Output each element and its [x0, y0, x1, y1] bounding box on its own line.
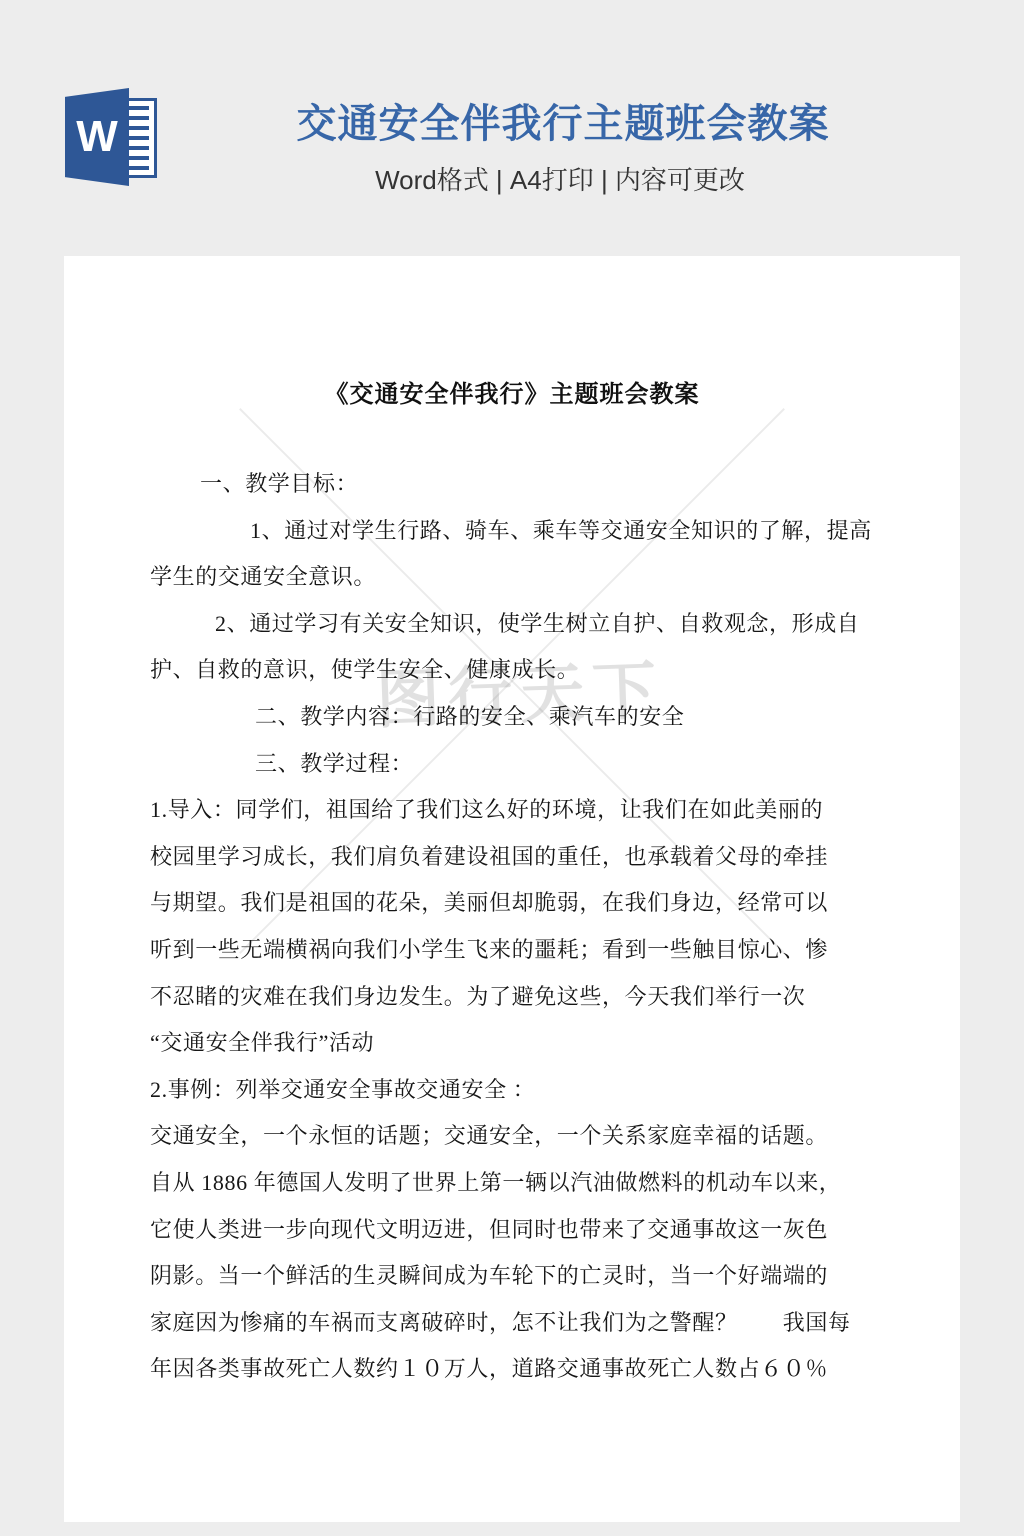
doc-line: 2、通过学习有关安全知识，使学生树立自护、自救观念，形成自	[215, 601, 920, 648]
doc-line: 2.事例：列举交通安全事故交通安全 ：	[150, 1067, 920, 1114]
doc-line: 自从 1886 年德国人发明了世界上第一辆以汽油做燃料的机动车以来，	[150, 1160, 920, 1207]
doc-line: 交通安全，一个永恒的话题；交通安全，一个关系家庭幸福的话题。	[150, 1113, 920, 1160]
doc-line: 阴影。当一个鲜活的生灵瞬间成为车轮下的亡灵时，当一个好端端的	[150, 1253, 920, 1300]
doc-line: 二、教学内容：行路的安全、乘汽车的安全	[255, 694, 920, 741]
doc-line: 家庭因为惨痛的车祸而支离破碎时，怎不让我们为之警醒？ 我国每	[150, 1300, 920, 1347]
document-page: 图行天下 《交通安全伴我行》主题班会教案 一、教学目标： 1、通过对学生行路、骑…	[64, 256, 960, 1522]
site-header: W 交通安全伴我行主题班会教案 Word格式 | A4打印 | 内容可更改	[0, 0, 1024, 256]
doc-line: 1.导入：同学们，祖国给了我们这么好的环境，让我们在如此美丽的	[150, 787, 920, 834]
page-title: 交通安全伴我行主题班会教案	[102, 92, 1024, 149]
doc-line: 听到一些无端横祸向我们小学生飞来的噩耗；看到一些触目惊心、惨	[150, 927, 920, 974]
doc-line: 护、自救的意识，使学生安全、健康成长。	[150, 647, 920, 694]
document-title: 《交通安全伴我行》主题班会教案	[64, 374, 960, 409]
doc-line: 1、通过对学生行路、骑车、乘车等交通安全知识的了解，提高	[250, 508, 920, 555]
doc-line: “交通安全伴我行”活动	[150, 1020, 920, 1067]
doc-line: 与期望。我们是祖国的花朵，美丽但却脆弱，在我们身边，经常可以	[150, 880, 920, 927]
page-subtitle: Word格式 | A4打印 | 内容可更改	[96, 160, 1024, 197]
doc-line: 学生的交通安全意识。	[150, 554, 920, 601]
doc-line: 不忍睹的灾难在我们身边发生。为了避免这些，今天我们举行一次	[150, 974, 920, 1021]
doc-line: 年因各类事故死亡人数约１０万人，道路交通事故死亡人数占６０％	[150, 1346, 920, 1393]
document-body: 一、教学目标： 1、通过对学生行路、骑车、乘车等交通安全知识的了解，提高 学生的…	[150, 461, 920, 1393]
doc-line: 三、教学过程：	[255, 741, 920, 788]
doc-line: 校园里学习成长，我们肩负着建设祖国的重任，也承载着父母的牵挂	[150, 834, 920, 881]
doc-line: 它使人类进一步向现代文明迈进，但同时也带来了交通事故这一灰色	[150, 1207, 920, 1254]
document-content: 《交通安全伴我行》主题班会教案 一、教学目标： 1、通过对学生行路、骑车、乘车等…	[64, 256, 960, 1522]
doc-line: 一、教学目标：	[200, 461, 920, 508]
